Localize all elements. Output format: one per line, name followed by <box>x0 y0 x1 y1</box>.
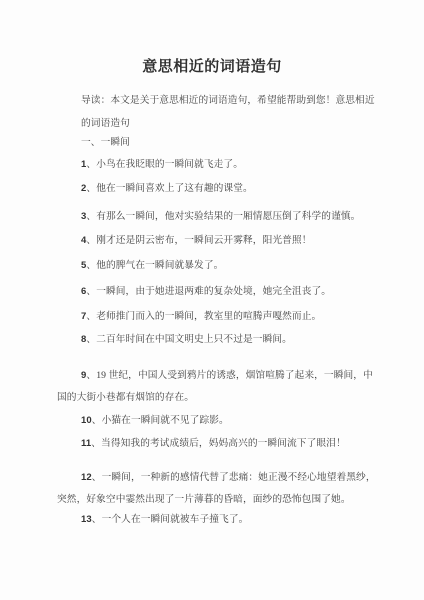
section-heading: 一、一瞬间 <box>81 136 411 149</box>
item-number: 11 <box>81 438 91 449</box>
item-text: 有那么一瞬间，他对实验结果的一厢情愿压倒了科学的谨慎。 <box>96 211 360 222</box>
sentence-item-9-line-1: 9、19 世纪，中国人受到鸦片的诱惑，烟馆喧腾了起来，一瞬间，中 <box>81 369 411 382</box>
intro-text-1: 导读：本文是关于意思相近的词语造句，希望能帮助到您！意思相近 <box>81 95 375 106</box>
sentence-item-11: 11、当得知我的考试成绩后，妈妈高兴的一瞬间流下了眼泪！ <box>81 437 411 450</box>
item-separator: 、 <box>86 211 96 222</box>
sentence-item-6: 6、一瞬间，由于她进退两难的复杂处境，她完全沮丧了。 <box>81 285 411 298</box>
sentence-item-10: 10、小猫在一瞬间就不见了踪影。 <box>81 414 411 427</box>
item-separator: 、 <box>92 514 102 525</box>
sentence-item-2: 2、他在一瞬间喜欢上了这有趣的课堂。 <box>81 182 411 195</box>
sentence-item-13: 13、一个人在一瞬间就被车子撞飞了。 <box>81 513 411 526</box>
item-text: 当得知我的考试成绩后，妈妈高兴的一瞬间流下了眼泪！ <box>101 438 346 449</box>
item-separator: 、 <box>86 311 96 322</box>
intro-line-1: 导读：本文是关于意思相近的词语造句，希望能帮助到您！意思相近 <box>81 94 411 107</box>
item-text: 一瞬间，由于她进退两难的复杂处境，她完全沮丧了。 <box>96 286 331 297</box>
doc-title: 意思相近的词语造句 <box>0 55 424 76</box>
sentence-item-8: 8、二百年时间在中国文明史上只不过是一瞬间。 <box>81 333 411 346</box>
sentence-item-9-line-2: 国的大街小巷都有烟馆的存在。 <box>57 391 387 404</box>
item-separator: 、 <box>86 159 96 170</box>
item-text: 国的大街小巷都有烟馆的存在。 <box>57 392 194 403</box>
document-page: 意思相近的词语造句 导读：本文是关于意思相近的词语造句，希望能帮助到您！意思相近… <box>0 0 424 600</box>
item-text: 他在一瞬间喜欢上了这有趣的课堂。 <box>96 183 253 194</box>
item-separator: 、 <box>86 370 96 381</box>
item-separator: 、 <box>92 472 102 483</box>
item-text: 小鸟在我眨眼的一瞬间就飞走了。 <box>96 159 243 170</box>
sentence-item-12-line-2: 突然，好象空中霎然出现了一片薄暮的昏暗，面纱的恐怖包围了她。 <box>57 493 387 506</box>
item-separator: 、 <box>86 334 96 345</box>
item-text: 他的脾气在一瞬间就暴发了。 <box>96 260 223 271</box>
item-separator: 、 <box>91 438 101 449</box>
item-number: 10 <box>81 415 92 426</box>
item-text: 19 世纪，中国人受到鸦片的诱惑，烟馆喧腾了起来，一瞬间，中 <box>96 370 373 381</box>
item-number: 13 <box>81 514 92 525</box>
intro-text-2: 的词语造句 <box>81 118 130 129</box>
item-separator: 、 <box>86 235 96 246</box>
item-separator: 、 <box>86 260 96 271</box>
sentence-item-1: 1、小鸟在我眨眼的一瞬间就飞走了。 <box>81 158 411 171</box>
item-text: 老师推门而入的一瞬间，教室里的喧腾声嘎然而止。 <box>96 311 321 322</box>
item-text: 刚才还是阴云密布，一瞬间云开雾释，阳光普照！ <box>96 235 311 246</box>
section-heading-text: 一、一瞬间 <box>81 137 130 148</box>
item-text: 一个人在一瞬间就被车子撞飞了。 <box>102 514 249 525</box>
sentence-item-12-line-1: 12、一瞬间，一种新的感情代替了悲痛：她正漫不经心地望着黑纱， <box>81 471 411 484</box>
sentence-item-4: 4、刚才还是阴云密布，一瞬间云开雾释，阳光普照！ <box>81 234 411 247</box>
sentence-item-3: 3、有那么一瞬间，他对实验结果的一厢情愿压倒了科学的谨慎。 <box>81 210 411 223</box>
item-separator: 、 <box>86 286 96 297</box>
item-text: 突然，好象空中霎然出现了一片薄暮的昏暗，面纱的恐怖包围了她。 <box>57 494 351 505</box>
item-separator: 、 <box>92 415 102 426</box>
item-separator: 、 <box>86 183 96 194</box>
sentence-item-7: 7、老师推门而入的一瞬间，教室里的喧腾声嘎然而止。 <box>81 310 411 323</box>
item-text: 小猫在一瞬间就不见了踪影。 <box>102 415 229 426</box>
item-text: 二百年时间在中国文明史上只不过是一瞬间。 <box>96 334 292 345</box>
item-text: 一瞬间，一种新的感情代替了悲痛：她正漫不经心地望着黑纱， <box>102 472 376 483</box>
item-number: 12 <box>81 472 92 483</box>
sentence-item-5: 5、他的脾气在一瞬间就暴发了。 <box>81 259 411 272</box>
intro-line-2: 的词语造句 <box>81 117 411 130</box>
